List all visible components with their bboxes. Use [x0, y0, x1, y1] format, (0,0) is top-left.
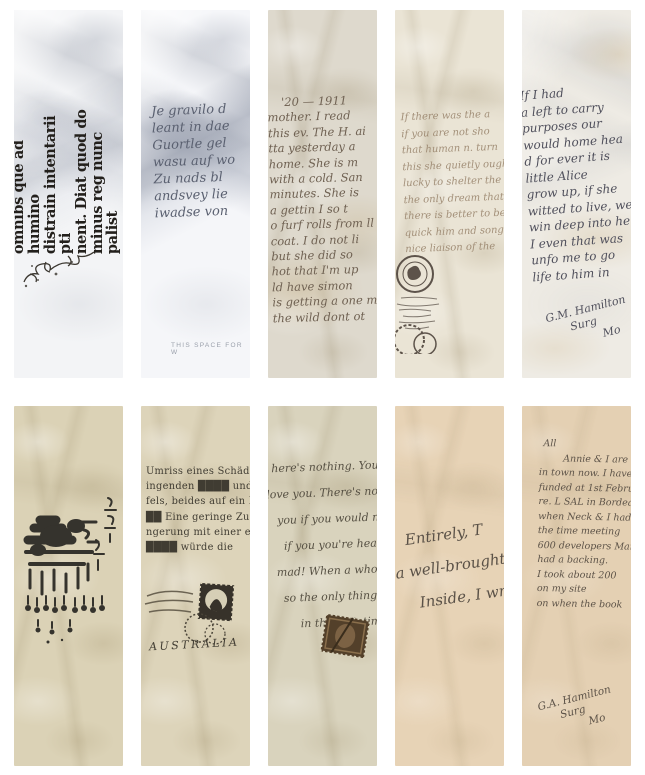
- text-line: ████ würde die: [146, 540, 250, 555]
- text-line: curam suam conradit: [121, 94, 123, 254]
- text-line: wasu auf wo: [153, 152, 236, 172]
- text-line: Annie & I are: [563, 452, 631, 468]
- handwriting-block: AllAnnie & I arein town now. I havefunde…: [536, 437, 631, 613]
- brown-postage-stamp-graphic: [318, 612, 372, 662]
- handwriting-block: If I hada left to carrypurposes ourwould…: [522, 81, 631, 286]
- handwriting-block: here's nothing. Youlove you. There's not…: [268, 452, 377, 639]
- handwriting-block: Entirely, Ta well-broughtInside, I wri: [395, 511, 504, 622]
- postmark-stamp-graphic: [395, 254, 465, 354]
- ink-flourish-graphic: [16, 230, 102, 292]
- text-line: love you. There's noth: [268, 478, 377, 509]
- text-line: minutes. She is: [269, 185, 374, 203]
- paper-strip-flourish-note: Entirely, Ta well-broughtInside, I wri: [395, 406, 504, 766]
- text-line: the time meeting: [538, 524, 631, 540]
- handwriting-block: '20 — 1911mother. I readthis ev. The H. …: [268, 93, 377, 327]
- signature-block: G.A. HamiltonSurgMo: [536, 684, 618, 740]
- text-line: Umriss eines Schädels di: [146, 464, 250, 479]
- handwriting-block: If there was the aif you are not shothat…: [400, 106, 504, 259]
- text-line: ██ Eine geringe Zuna: [146, 510, 250, 525]
- paper-strip-alice-letter: If I hada left to carrypurposes ourwould…: [522, 10, 631, 378]
- text-line: so the only things tim: [283, 582, 377, 612]
- paper-strip-schaedel-print: Umriss eines Schädels diingenden ████ un…: [141, 406, 250, 766]
- paper-strip-faint-letter: If there was the aif you are not shothat…: [395, 10, 504, 378]
- text-line: re. L SAL in Bordeaux,: [538, 495, 631, 511]
- text-line: you if you would not: [277, 504, 377, 534]
- text-line: o furf rolls from ll: [270, 216, 375, 234]
- text-line: in town now. I have: [539, 466, 631, 482]
- text-line: mad! When a who am: [276, 556, 377, 586]
- text-line: on my site: [537, 582, 631, 598]
- manchu-script-ink-graphic: [18, 494, 120, 646]
- text-line: this ev. The H. ai: [268, 123, 373, 141]
- paper-strips-collage: permis dies durmint piomnibs que ad humi…: [0, 0, 645, 775]
- text-line: had a backing.: [537, 553, 631, 569]
- paper-strip-manchu-ink: [14, 406, 123, 766]
- text-line: on when the book: [536, 597, 631, 613]
- print-text-block: Umriss eines Schädels diingenden ████ un…: [146, 464, 250, 555]
- paper-strip-blackletter: permis dies durmint piomnibs que ad humi…: [14, 10, 123, 378]
- text-line: fels, beides auf ein Dritt: [146, 494, 250, 509]
- text-line: All: [543, 437, 631, 453]
- text-line: the wild dont ot: [273, 308, 377, 326]
- postcard-caption: THIS SPACE FOR W: [171, 342, 250, 356]
- paper-strip-nothing-letter: here's nothing. Youlove you. There's not…: [268, 406, 377, 766]
- text-line: if you you're heartth: [284, 530, 377, 560]
- text-line: iwadse von: [155, 203, 238, 223]
- text-line: ingenden ████ und da: [146, 479, 250, 494]
- paper-strip-kurrent: Je gravilo dleant in daeGuortle gelwasu …: [141, 10, 250, 378]
- paper-strip-1911-letter: '20 — 1911mother. I readthis ev. The H. …: [268, 10, 377, 378]
- text-line: here's nothing. You: [271, 452, 377, 482]
- text-line: ngerung mit einer ent: [146, 525, 250, 540]
- paper-strip-annie-letter: AllAnnie & I arein town now. I havefunde…: [522, 406, 631, 766]
- signature-block: G.M. HamiltonSurgMo: [544, 293, 631, 354]
- handwriting-block: Je gravilo dleant in daeGuortle gelwasu …: [151, 101, 237, 223]
